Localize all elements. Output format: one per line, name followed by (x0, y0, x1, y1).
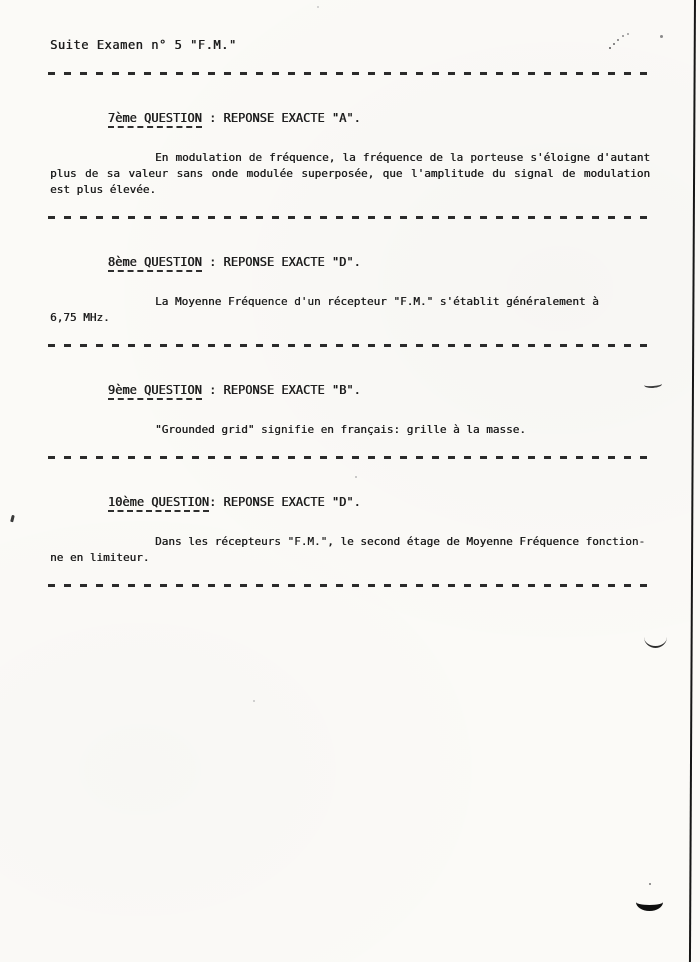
body-line: plus de sa valeur sans onde modulée supe… (50, 166, 650, 182)
dashed-separator (48, 216, 650, 219)
pencil-speck (627, 33, 629, 35)
body-line: "Grounded grid" signifie en français: gr… (50, 422, 650, 438)
question-section-7: 7ème QUESTION : REPONSE EXACTE "A". En m… (50, 96, 650, 198)
pen-smile-curve (644, 637, 667, 648)
answer-text: REPONSE EXACTE "D". (223, 495, 360, 509)
dashed-separator (48, 584, 650, 587)
pencil-speck (660, 35, 663, 38)
pen-bold-crescent (636, 893, 663, 911)
question-heading: 10ème QUESTION: REPONSE EXACTE "D". (50, 480, 650, 527)
pencil-speck (613, 43, 615, 45)
body-line: Dans les récepteurs "F.M.", le second ét… (50, 534, 650, 550)
page-title: Suite Examen n° 5 "F.M." (50, 38, 650, 52)
question-heading: 9ème QUESTION : REPONSE EXACTE "B". (50, 368, 650, 415)
heading-colon: : (202, 111, 224, 125)
question-label: 8ème QUESTION (108, 255, 202, 272)
dashed-separator (48, 344, 650, 347)
pencil-speck (649, 883, 651, 885)
question-section-9: 9ème QUESTION : REPONSE EXACTE "B". "Gro… (50, 368, 650, 438)
heading-colon: : (209, 495, 223, 509)
question-label: 9ème QUESTION (108, 383, 202, 400)
question-body: "Grounded grid" signifie en français: gr… (50, 422, 650, 438)
pencil-speck (609, 47, 611, 49)
scanned-exam-page: Suite Examen n° 5 "F.M." 7ème QUESTION :… (0, 0, 700, 962)
dashed-separator (48, 456, 650, 459)
body-line: 6,75 MHz. (50, 310, 650, 326)
answer-text: REPONSE EXACTE "D". (223, 255, 360, 269)
question-body: La Moyenne Fréquence d'un récepteur "F.M… (50, 294, 650, 326)
pencil-speck (617, 39, 619, 41)
question-heading: 7ème QUESTION : REPONSE EXACTE "A". (50, 96, 650, 143)
answer-text: REPONSE EXACTE "A". (223, 111, 360, 125)
question-body: En modulation de fréquence, la fréquence… (50, 150, 650, 198)
answer-text: REPONSE EXACTE "B". (223, 383, 360, 397)
heading-colon: : (202, 383, 224, 397)
body-line: est plus élevée. (50, 182, 650, 198)
body-line: La Moyenne Fréquence d'un récepteur "F.M… (50, 294, 650, 310)
question-body: Dans les récepteurs "F.M.", le second ét… (50, 534, 650, 566)
heading-colon: : (202, 255, 224, 269)
dashed-separator (48, 72, 650, 75)
question-section-8: 8ème QUESTION : REPONSE EXACTE "D". La M… (50, 240, 650, 326)
body-line: ne en limiteur. (50, 550, 650, 566)
body-line: En modulation de fréquence, la fréquence… (50, 150, 650, 166)
faint-speck (355, 476, 357, 478)
question-label: 10ème QUESTION (108, 495, 209, 512)
faint-speck (317, 6, 319, 8)
page-content: Suite Examen n° 5 "F.M." 7ème QUESTION :… (0, 0, 700, 587)
question-heading: 8ème QUESTION : REPONSE EXACTE "D". (50, 240, 650, 287)
question-label: 7ème QUESTION (108, 111, 202, 128)
question-section-10: 10ème QUESTION: REPONSE EXACTE "D". Dans… (50, 480, 650, 566)
pencil-speck (622, 35, 624, 37)
faint-speck (253, 700, 255, 702)
